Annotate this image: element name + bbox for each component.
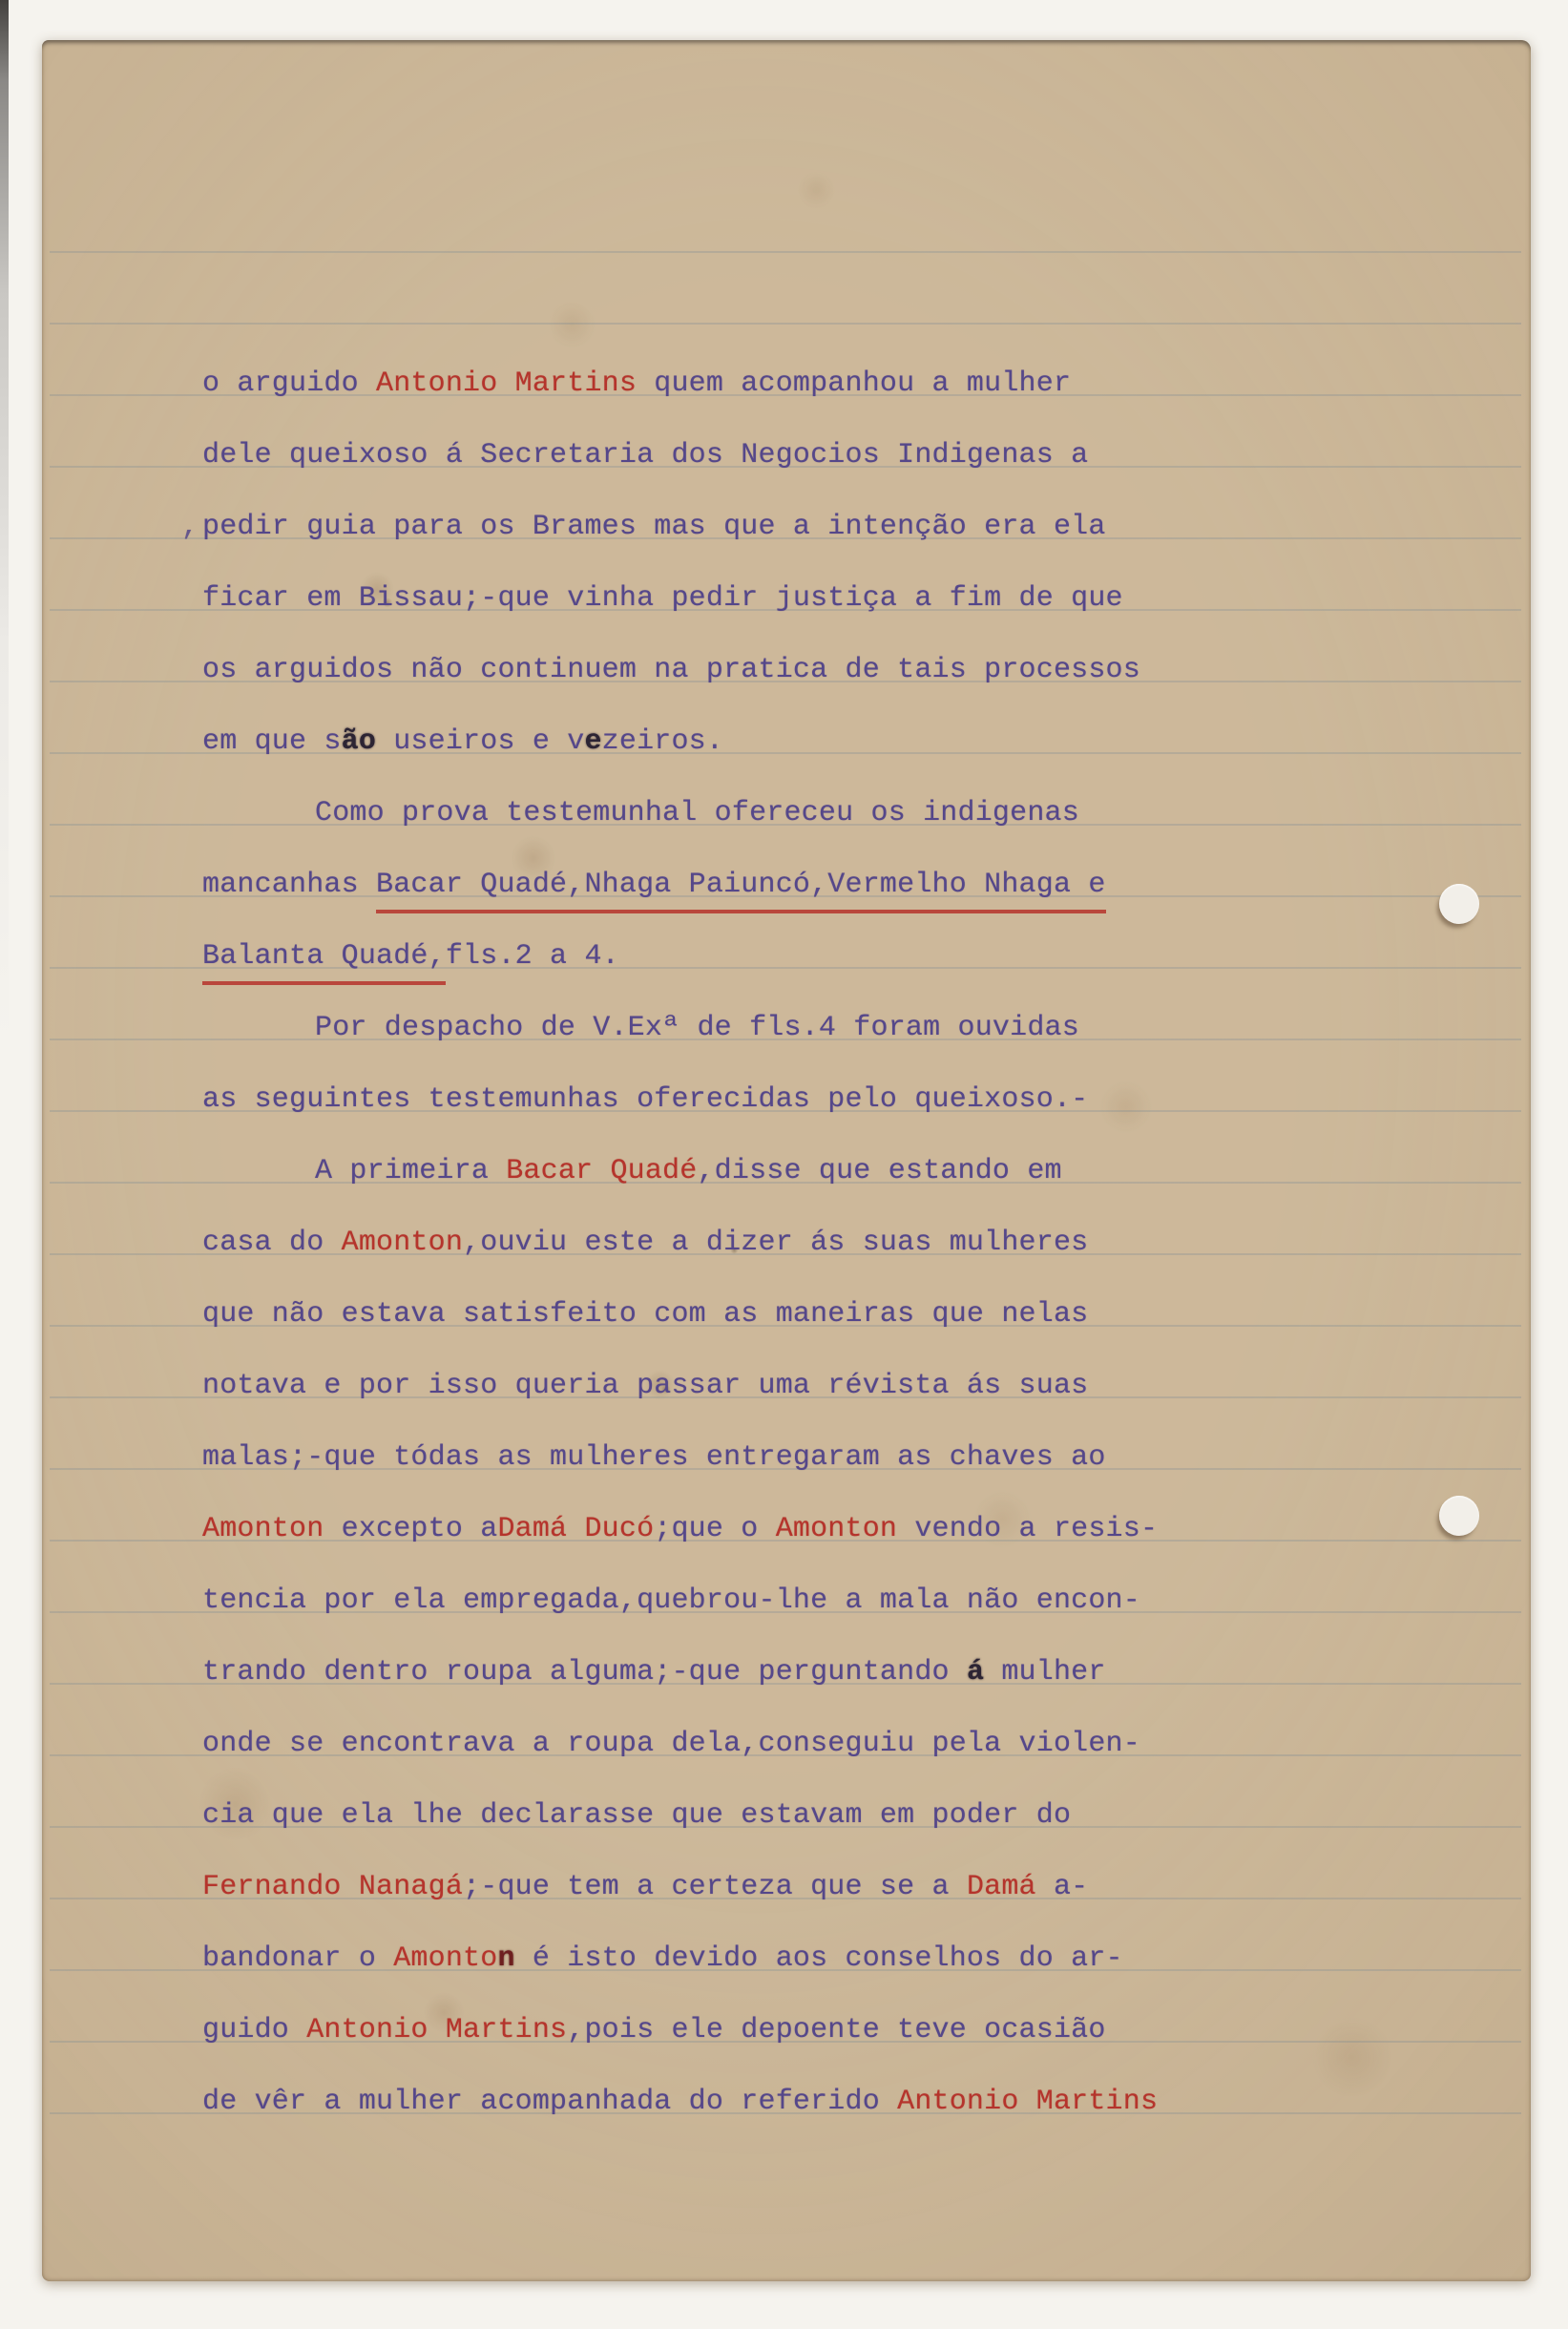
typed-text: zeiros. <box>602 725 723 758</box>
red-ink-text: Antonio Martins <box>306 2014 567 2046</box>
typed-line: ficar em Bissau;-que vinha pedir justiça… <box>202 580 1123 624</box>
typed-line: de vêr a mulher acompanhada do referido … <box>202 2084 1158 2128</box>
typed-line: Por despacho de V.Exª de fls.4 foram ouv… <box>202 1010 1079 1054</box>
typed-text: pedir guia para os Brames mas que a inte… <box>202 511 1106 543</box>
typed-line: malas;-que tódas as mulheres entregaram … <box>202 1439 1106 1483</box>
typed-text: A primeira <box>315 1155 506 1187</box>
typed-text: ,disse que estando em <box>697 1155 1061 1187</box>
typed-text: bandonar o <box>202 1942 393 1975</box>
typed-text: onde se encontrava a roupa dela,consegui… <box>202 1728 1140 1760</box>
typed-line: trando dentro roupa alguma;-que pergunta… <box>202 1654 1106 1698</box>
typed-text: os arguidos não continuem na pratica de … <box>202 654 1140 686</box>
typed-line: em que são useiros e vezeiros. <box>202 724 723 767</box>
typed-text: as seguintes testemunhas oferecidas pelo… <box>202 1083 1088 1116</box>
typed-text: quem acompanhou a mulher <box>637 367 1071 400</box>
red-ink-text: Damá Ducó <box>497 1513 654 1545</box>
typed-text: de vêr a mulher acompanhada do referido <box>202 2086 897 2118</box>
document-page: o arguido Antonio Martins quem acompanho… <box>42 40 1531 2281</box>
red-ink-text: Amonton <box>776 1513 897 1545</box>
typed-line: Balanta Quadé,fls.2 a 4. <box>202 938 619 982</box>
red-ink-text: Bacar Quadé <box>506 1155 697 1187</box>
typed-line: as seguintes testemunhas oferecidas pelo… <box>202 1081 1088 1125</box>
scan-edge-artifact <box>0 0 9 1336</box>
typed-line: onde se encontrava a roupa dela,consegui… <box>202 1726 1140 1770</box>
typed-line: ,pedir guia para os Brames mas que a int… <box>202 509 1106 553</box>
scanned-document-background: o arguido Antonio Martins quem acompanho… <box>0 0 1568 2329</box>
typed-text: ;-que tem a certeza que se a <box>463 1871 967 1903</box>
typed-line: notava e por isso queria passar uma révi… <box>202 1368 1088 1412</box>
typed-text: Bacar Quadé,Nhaga Paiuncó,Vermelho Nhaga… <box>376 869 1106 913</box>
typed-line: o arguido Antonio Martins quem acompanho… <box>202 366 1071 409</box>
typed-line: casa do Amonton,ouviu este a dizer ás su… <box>202 1225 1088 1269</box>
typed-text: trando dentro roupa alguma;-que pergunta… <box>202 1656 967 1689</box>
typed-text: ão <box>342 725 376 758</box>
red-ink-text: Antonio Martins <box>897 2086 1158 2118</box>
hole-punch-top <box>1439 884 1479 924</box>
typed-line: os arguidos não continuem na pratica de … <box>202 652 1140 696</box>
typed-text: ;que o <box>654 1513 775 1545</box>
typed-text: casa do <box>202 1227 342 1259</box>
typed-text: ,ouviu este a dizer ás suas mulheres <box>463 1227 1088 1259</box>
typed-text: que não estava satisfeito com as maneira… <box>202 1298 1088 1331</box>
typed-text: tencia por ela empregada,quebrou-lhe a m… <box>202 1584 1140 1617</box>
typed-text: ficar em Bissau;-que vinha pedir justiça… <box>202 582 1123 615</box>
typed-line: Amonton excepto aDamá Ducó;que o Amonton… <box>202 1511 1158 1555</box>
typed-text: n <box>497 1942 514 1975</box>
typed-text: a- <box>1036 1871 1089 1903</box>
typed-line: que não estava satisfeito com as maneira… <box>202 1296 1088 1340</box>
typed-line: Fernando Nanagá;-que tem a certeza que s… <box>202 1869 1088 1913</box>
typed-text: á <box>967 1656 984 1689</box>
typed-line: tencia por ela empregada,quebrou-lhe a m… <box>202 1583 1140 1626</box>
typed-text: é isto devido aos conselhos do ar- <box>515 1942 1123 1975</box>
typed-line: A primeira Bacar Quadé,disse que estando… <box>202 1153 1062 1197</box>
typed-text: guido <box>202 2014 306 2046</box>
typed-line: guido Antonio Martins,pois ele depoente … <box>202 2012 1106 2056</box>
typed-text: em que s <box>202 725 342 758</box>
typed-text: malas;-que tódas as mulheres entregaram … <box>202 1441 1106 1474</box>
typed-text: fls.2 a 4. <box>446 940 619 973</box>
red-ink-text: Antonio Martins <box>376 367 637 400</box>
typed-text: excepto a <box>324 1513 497 1545</box>
typed-text: notava e por isso queria passar uma révi… <box>202 1370 1088 1402</box>
typed-text: vendo a resis- <box>897 1513 1158 1545</box>
red-ink-text: Amonton <box>202 1513 324 1545</box>
red-ink-text: Amonton <box>342 1227 463 1259</box>
hole-punch-bottom <box>1439 1496 1479 1536</box>
typed-line: dele queixoso á Secretaria dos Negocios … <box>202 437 1088 481</box>
typed-text: Balanta Quadé, <box>202 940 446 985</box>
typed-text: dele queixoso á Secretaria dos Negocios … <box>202 439 1088 472</box>
typed-text: e <box>584 725 601 758</box>
red-ink-text: Amonto <box>393 1942 497 1975</box>
red-ink-text: Fernando Nanagá <box>202 1871 463 1903</box>
typed-text: mulher <box>984 1656 1105 1689</box>
typed-line: mancanhas Bacar Quadé,Nhaga Paiuncó,Verm… <box>202 867 1106 911</box>
typed-text: mancanhas <box>202 869 376 901</box>
red-ink-text: Damá <box>967 1871 1036 1903</box>
typed-line: bandonar o Amonton é isto devido aos con… <box>202 1941 1123 1984</box>
typed-text: o arguido <box>202 367 376 400</box>
typed-line: Como prova testemunhal ofereceu os indig… <box>202 795 1079 839</box>
typed-text: , <box>181 509 199 545</box>
typed-text-block: o arguido Antonio Martins quem acompanho… <box>42 40 1531 2281</box>
typed-text: ,pois ele depoente teve ocasião <box>567 2014 1105 2046</box>
typed-text: useiros e v <box>376 725 584 758</box>
typed-text: Por despacho de V.Exª de fls.4 foram ouv… <box>315 1012 1079 1044</box>
typed-text: Como prova testemunhal ofereceu os indig… <box>315 797 1079 829</box>
typed-text: cia que ela lhe declarasse que estavam e… <box>202 1799 1071 1832</box>
typed-line: cia que ela lhe declarasse que estavam e… <box>202 1797 1071 1841</box>
